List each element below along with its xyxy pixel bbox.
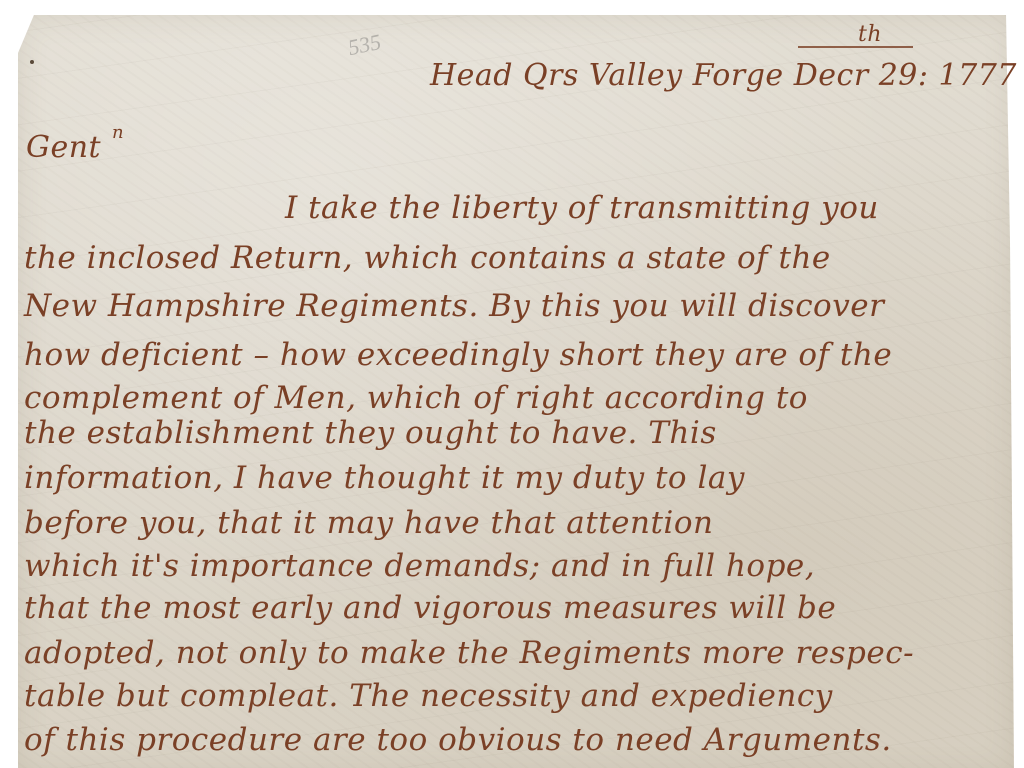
salutation-superscript: n (112, 122, 124, 143)
body-line-8: before you, that it may have that attent… (24, 505, 713, 541)
salutation: Gent (26, 130, 101, 165)
body-line-2: the inclosed Return, which contains a st… (24, 240, 831, 276)
body-line-12: table but compleat. The necessity and ex… (24, 678, 833, 714)
margin-mark (30, 60, 34, 64)
body-line-1: I take the liberty of transmitting you (285, 190, 879, 226)
body-line-6: the establishment they ought to have. Th… (24, 415, 717, 451)
body-line-9: which it's importance demands; and in fu… (24, 548, 815, 584)
body-line-5: complement of Men, which of right accord… (24, 380, 808, 416)
body-line-7: information, I have thought it my duty t… (24, 460, 745, 496)
dateline-day-superscript: th (858, 22, 882, 47)
body-line-13: of this procedure are too obvious to nee… (24, 722, 892, 758)
body-line-11: adopted, not only to make the Regiments … (24, 635, 914, 671)
dateline-underline (798, 46, 913, 48)
dateline-place-date: Head Qrs Valley Forge Decr 29 (430, 58, 918, 93)
body-line-10: that the most early and vigorous measure… (24, 590, 836, 626)
dateline-separator: : (918, 58, 939, 93)
body-line-4: how deficient – how exceedingly short th… (24, 337, 892, 373)
scanned-document: 535 Head Qrs Valley Forge Decr 29: 1777 … (0, 0, 1024, 768)
dateline-year: 1777 (939, 58, 1017, 93)
body-line-3: New Hampshire Regiments. By this you wil… (24, 288, 884, 324)
dateline: Head Qrs Valley Forge Decr 29: 1777 (430, 58, 1017, 93)
